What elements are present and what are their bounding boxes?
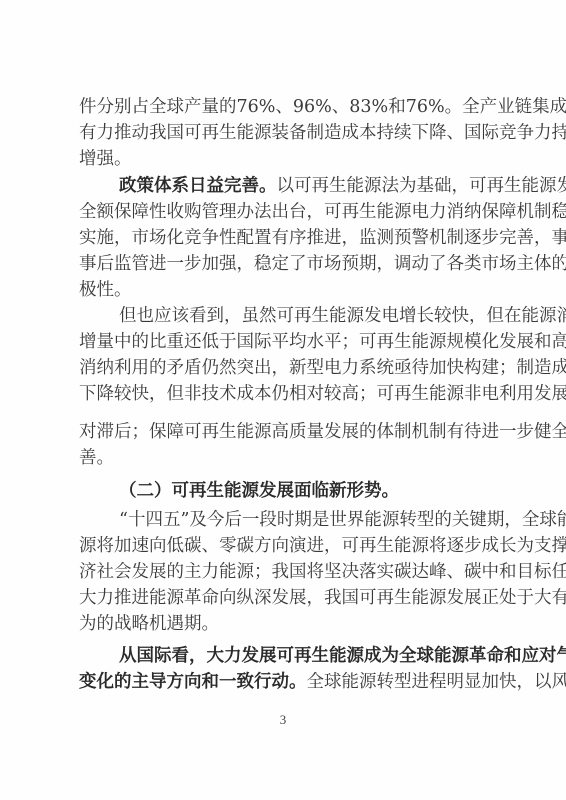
paragraph-line: 消纳利用的矛盾仍然突出，新型电力系统亟待加快构建；制造成本	[79, 357, 487, 379]
line-text: 对滞后；保障可再生能源高质量发展的体制机制有待进一步健全完	[79, 422, 566, 442]
paragraph-line-international: 从国际看，大力发展可再生能源成为全球能源革命和应对气候	[119, 645, 487, 667]
line-text: “十四五”及今后一段时期是世界能源转型的关键期，全球能	[119, 510, 566, 530]
line-text: 为的战略机遇期。	[79, 614, 219, 634]
paragraph-line: 善。	[79, 447, 487, 469]
line-text: 件分别占全球产量的76%、96%、83%和76%。全产业链集成制造	[79, 97, 566, 117]
paragraph-line: 增量中的比重还低于国际平均水平；可再生能源规模化发展和高效	[79, 331, 487, 353]
paragraph-line: 极性。	[79, 279, 487, 301]
paragraph-line: 实施，市场化竞争性配置有序推进，监测预警机制逐步完善，事中	[79, 227, 487, 249]
paragraph-line: 变化的主导方向和一致行动。全球能源转型进程明显加快，以风电、	[79, 671, 487, 693]
line-text: 下降较快，但非技术成本仍相对较高；可再生能源非电利用发展相	[79, 384, 566, 404]
paragraph-line: “十四五”及今后一段时期是世界能源转型的关键期，全球能	[119, 509, 487, 531]
bold-lead-text: 从国际看，大力发展可再生能源成为全球能源革命和应对气候	[119, 646, 566, 666]
paragraph-line: 对滞后；保障可再生能源高质量发展的体制机制有待进一步健全完	[79, 421, 487, 443]
paragraph-line: 下降较快，但非技术成本仍相对较高；可再生能源非电利用发展相	[79, 383, 487, 405]
paragraph-line: 全额保障性收购管理办法出台，可再生能源电力消纳保障机制稳步	[79, 201, 487, 223]
line-text: 但也应该看到，虽然可再生能源发电增长较快，但在能源消费	[119, 306, 566, 326]
line-text: 源将加速向低碳、零碳方向演进，可再生能源将逐步成长为支撑经	[79, 536, 566, 556]
line-text: 全额保障性收购管理办法出台，可再生能源电力消纳保障机制稳步	[79, 202, 566, 222]
line-text: 增量中的比重还低于国际平均水平；可再生能源规模化发展和高效	[79, 332, 566, 352]
paragraph-line-policy: 政策体系日益完善。以可再生能源法为基础，可再生能源发电	[119, 175, 487, 197]
paragraph-line: 济社会发展的主力能源；我国将坚决落实碳达峰、碳中和目标任务，	[79, 561, 487, 583]
paragraph-line: 大力推进能源革命向纵深发展，我国可再生能源发展正处于大有可	[79, 587, 487, 609]
bold-lead-text: 变化的主导方向和一致行动。	[79, 672, 307, 692]
line-text: 全球能源转型进程明显加快，以风电、	[307, 672, 566, 692]
heading-text: （二）可再生能源发展面临新形势。	[119, 481, 399, 501]
page-number: 3	[0, 712, 566, 728]
document-page: 件分别占全球产量的76%、96%、83%和76%。全产业链集成制造 有力推动我国…	[0, 0, 566, 800]
line-text: 以可再生能源法为基础，可再生能源发电	[277, 176, 566, 196]
bold-lead-text: 政策体系日益完善。	[119, 176, 277, 196]
paragraph-line: 但也应该看到，虽然可再生能源发电增长较快，但在能源消费	[119, 305, 487, 327]
line-text: 增强。	[79, 149, 132, 169]
paragraph-line: 增强。	[79, 148, 487, 170]
line-text: 济社会发展的主力能源；我国将坚决落实碳达峰、碳中和目标任务，	[79, 562, 566, 582]
line-text: 实施，市场化竞争性配置有序推进，监测预警机制逐步完善，事中	[79, 228, 566, 248]
paragraph-line: 为的战略机遇期。	[79, 613, 487, 635]
line-text: 善。	[79, 448, 114, 468]
line-text: 极性。	[79, 280, 132, 300]
paragraph-line: 件分别占全球产量的76%、96%、83%和76%。全产业链集成制造	[79, 96, 487, 118]
line-text: 有力推动我国可再生能源装备制造成本持续下降、国际竞争力持续	[79, 123, 566, 143]
section-heading: （二）可再生能源发展面临新形势。	[119, 480, 487, 502]
line-text: 消纳利用的矛盾仍然突出，新型电力系统亟待加快构建；制造成本	[79, 358, 566, 378]
line-text: 大力推进能源革命向纵深发展，我国可再生能源发展正处于大有可	[79, 588, 566, 608]
paragraph-line: 有力推动我国可再生能源装备制造成本持续下降、国际竞争力持续	[79, 122, 487, 144]
paragraph-line: 事后监管进一步加强，稳定了市场预期，调动了各类市场主体的积	[79, 253, 487, 275]
paragraph-line: 源将加速向低碳、零碳方向演进，可再生能源将逐步成长为支撑经	[79, 535, 487, 557]
line-text: 事后监管进一步加强，稳定了市场预期，调动了各类市场主体的积	[79, 254, 566, 274]
